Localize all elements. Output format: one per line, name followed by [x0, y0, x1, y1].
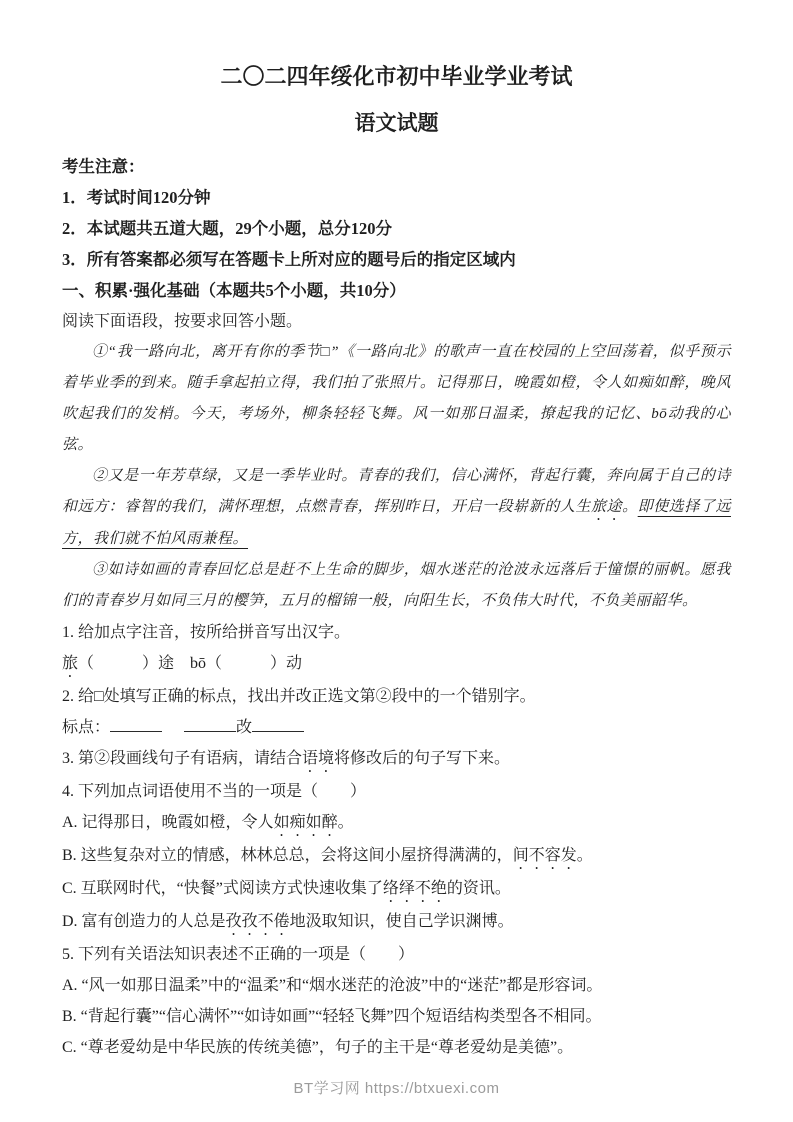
question-1-stem: 1. 给加点字注音，按所给拼音写出汉字。: [62, 617, 731, 648]
passage-paragraph-3: ③如诗如画的青春回忆总是赶不上生命的脚步，烟水迷茫的沧波永远落后于憧憬的丽帆。愿…: [62, 555, 731, 617]
question-5-option-c: C. “尊老爱幼是中华民族的传统美德”，句子的主干是“尊老爱幼是美德”。: [62, 1032, 731, 1063]
question-5-option-b: B. “背起行囊”“信心满怀”“如诗如画”“轻轻飞舞”四个短语结构类型各不相同。: [62, 1001, 731, 1032]
question-5-option-a: A. “风一如那日温柔”中的“温柔”和“烟水迷茫的沧波”中的“迷茫”都是形容词。: [62, 970, 731, 1001]
notice-item-1: 1．考试时间120分钟: [62, 182, 731, 213]
reading-passage: ①“我一路向北，离开有你的季节□”《一路向北》的歌声一直在校园的上空回荡着，似乎…: [62, 337, 731, 617]
question-list: 1. 给加点字注音，按所给拼音写出汉字。 旅（ ）途 bō（ ）动 2. 给□处…: [62, 617, 731, 1063]
question-2-stem: 2. 给□处填写正确的标点，找出并改正选文第②段中的一个错别字。: [62, 681, 731, 712]
exam-paper-page: 二〇二四年绥化市初中毕业学业考试 语文试题 考生注意： 1．考试时间120分钟 …: [0, 0, 793, 1122]
question-2-answer-line: 标点：改: [62, 712, 731, 743]
notice-heading: 考生注意：: [62, 151, 731, 182]
exam-subtitle: 语文试题: [62, 108, 731, 138]
question-4-stem: 4. 下列加点词语使用不当的一项是（ ）: [62, 776, 731, 807]
passage-paragraph-1: ①“我一路向北，离开有你的季节□”《一路向北》的歌声一直在校园的上空回荡着，似乎…: [62, 337, 731, 461]
passage-paragraph-2: ②又是一年芳草绿，又是一季毕业时。青春的我们，信心满怀，背起行囊，奔向属于自己的…: [62, 461, 731, 555]
notice-item-2: 2．本试题共五道大题，29个小题，总分120分: [62, 213, 731, 244]
exam-title: 二〇二四年绥化市初中毕业学业考试: [62, 62, 731, 92]
candidate-notice: 考生注意： 1．考试时间120分钟 2．本试题共五道大题，29个小题，总分120…: [62, 151, 731, 275]
question-4-option-d: D. 富有创造力的人总是孜孜不倦地汲取知识，使自己学识渊博。: [62, 906, 731, 939]
question-4-option-b: B. 这些复杂对立的情感，林林总总，会将这间小屋挤得满满的，间不容发。: [62, 840, 731, 873]
question-4-option-a: A. 记得那日，晚霞如橙，令人如痴如醉。: [62, 807, 731, 840]
passage-intro: 阅读下面语段，按要求回答小题。: [62, 306, 731, 337]
watermark-footer: BT学习网 https://btxuexi.com: [0, 1077, 793, 1098]
question-1-answer-line: 旅（ ）途 bō（ ）动: [62, 648, 731, 681]
watermark-text: BT学习网 https://btxuexi.com: [294, 1080, 500, 1097]
question-5-stem: 5. 下列有关语法知识表述不正确的一项是（ ）: [62, 939, 731, 970]
exam-content: 考生注意： 1．考试时间120分钟 2．本试题共五道大题，29个小题，总分120…: [62, 151, 731, 1063]
section-one-heading: 一、积累·强化基础（本题共5个小题，共10分）: [62, 275, 731, 306]
notice-item-3: 3．所有答案都必须写在答题卡上所对应的题号后的指定区域内: [62, 244, 731, 275]
question-3-stem: 3. 第②段画线句子有语病，请结合语境将修改后的句子写下来。: [62, 743, 731, 776]
question-4-option-c: C. 互联网时代，“快餐”式阅读方式快速收集了络绎不绝的资讯。: [62, 873, 731, 906]
